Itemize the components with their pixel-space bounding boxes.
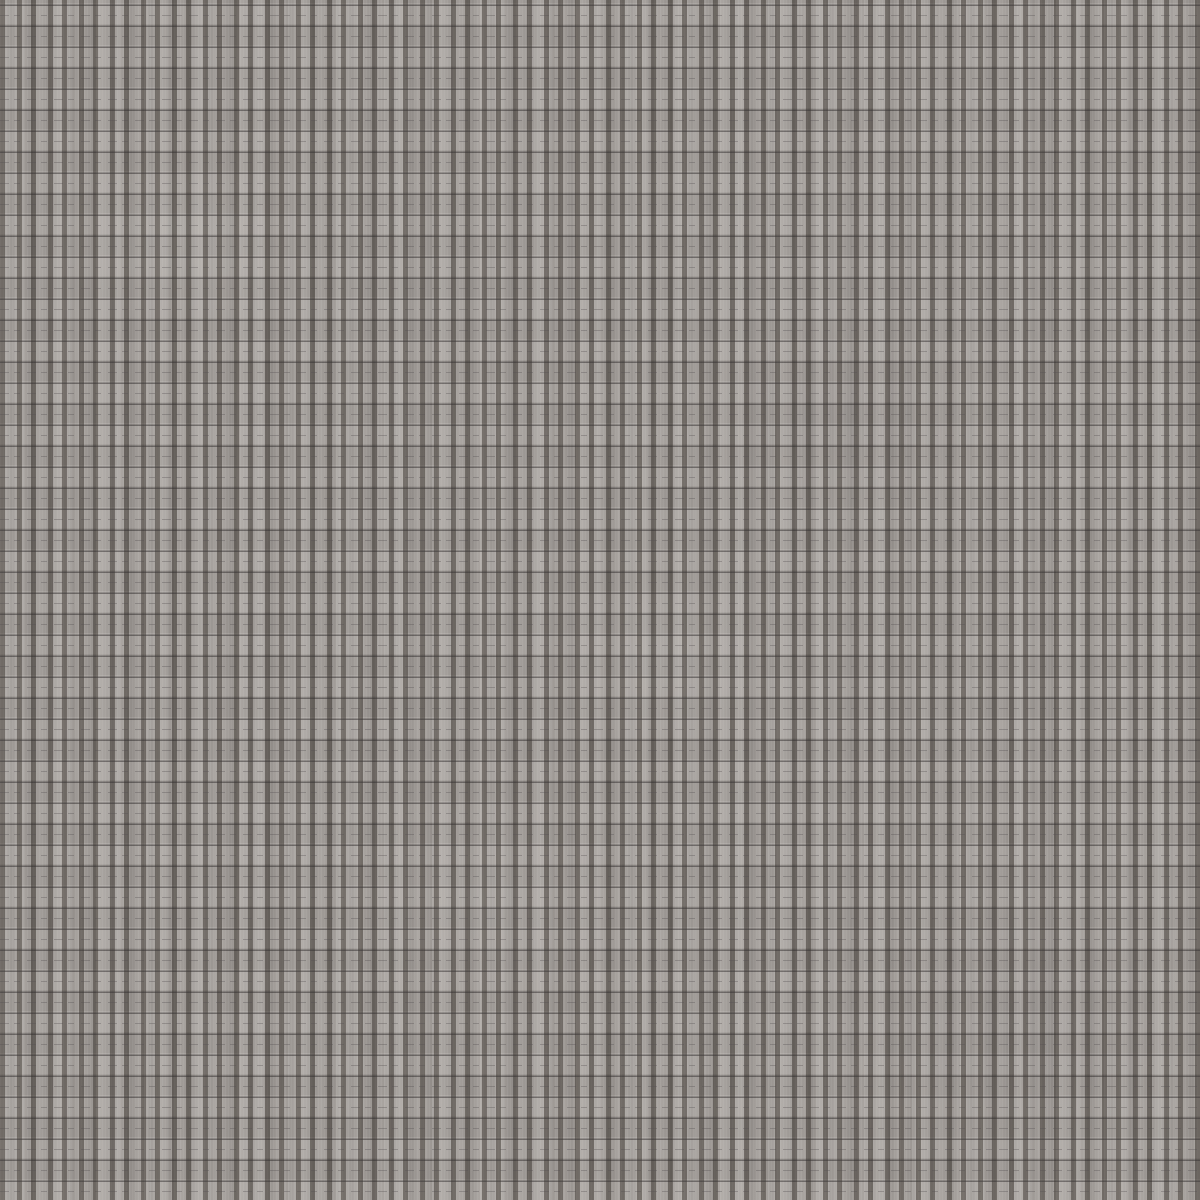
fabric-texture (0, 0, 1200, 1200)
weft-thread-secondary-layer (0, 0, 1200, 1200)
